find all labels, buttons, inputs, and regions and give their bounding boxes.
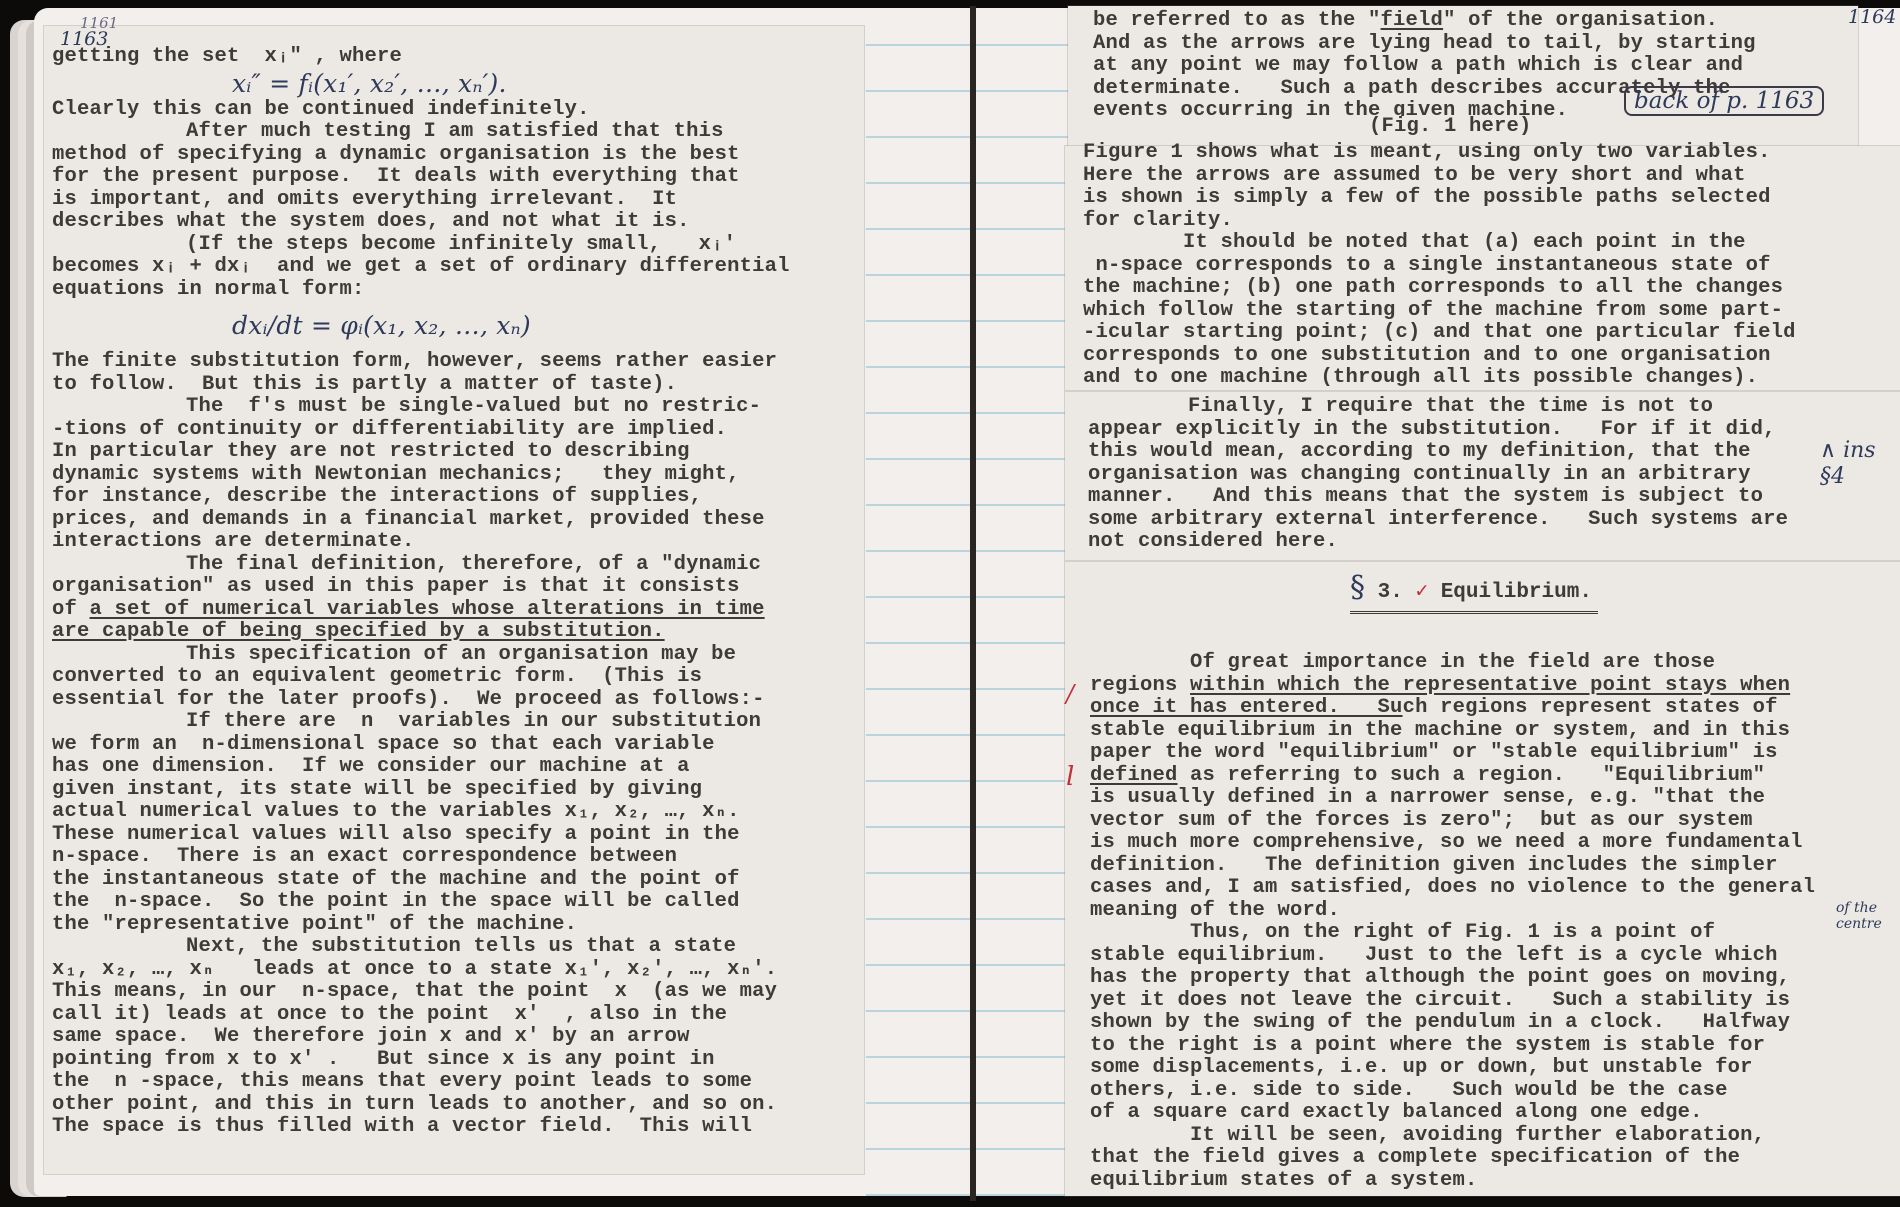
text-line: The finite substitution form, however, s… <box>52 351 790 374</box>
text-line: Figure 1 shows what is meant, using only… <box>1083 142 1796 165</box>
text-line: defined as referring to such a region. "… <box>1090 765 1815 788</box>
text-line: It should be noted that (a) each point i… <box>1083 232 1796 255</box>
text-line: (If the steps become infinitely small, x… <box>52 234 790 257</box>
text-line: is usually defined in a narrower sense, … <box>1090 787 1815 810</box>
text-line: same space. We therefore join x and x′ b… <box>52 1026 790 1049</box>
equation-line: dxᵢ/dt = φᵢ(x₁, x₂, …, xₙ) <box>52 301 790 351</box>
text-line: the n-space. So the point in the space w… <box>52 891 790 914</box>
section-title: Equilibrium. <box>1441 581 1592 604</box>
text-line: other point, and this in turn leads to a… <box>52 1094 790 1117</box>
text-line: cases and, I am satisfied, does no viole… <box>1090 877 1815 900</box>
margin-note-insert-s4: ∧ ins §4 <box>1820 438 1890 490</box>
text-line: becomes xᵢ + dxᵢ and we get a set of ord… <box>52 256 790 279</box>
text-line: others, i.e. side to side. Such would be… <box>1090 1080 1815 1103</box>
text-line: prices, and demands in a financial marke… <box>52 509 790 532</box>
ruled-margin-right <box>976 0 1068 1207</box>
text-line: These numerical values will also specify… <box>52 824 790 847</box>
text-line: Finally, I require that the time is not … <box>1088 396 1788 419</box>
text-line: that the field gives a complete specific… <box>1090 1147 1815 1170</box>
text-line: and to one machine (through all its poss… <box>1083 367 1796 390</box>
text-line: The f's must be single-valued but no res… <box>52 396 790 419</box>
text-line: Here the arrows are assumed to be very s… <box>1083 165 1796 188</box>
text-line: -icular starting point; (c) and that one… <box>1083 322 1796 345</box>
text-line: has one dimension. If we consider our ma… <box>52 756 790 779</box>
text-line: some displacements, i.e. up or down, but… <box>1090 1057 1815 1080</box>
text-line: paper the word "equilibrium" or "stable … <box>1090 742 1815 765</box>
text-line: stable equilibrium. Just to the left is … <box>1090 945 1815 968</box>
text-line: regions within which the representative … <box>1090 675 1815 698</box>
text-line: once it has entered. Such regions repres… <box>1090 697 1815 720</box>
text-line: for clarity. <box>1083 210 1796 233</box>
text-line: method of specifying a dynamic organisat… <box>52 144 790 167</box>
text-line: meaning of the word. <box>1090 900 1815 923</box>
text-line: equations in normal form: <box>52 279 790 302</box>
text-line: It will be seen, avoiding further elabor… <box>1090 1125 1815 1148</box>
text-line: This specification of an organisation ma… <box>52 644 790 667</box>
text-line: equilibrium states of a system. <box>1090 1170 1815 1193</box>
text-line: vector sum of the forces is zero"; but a… <box>1090 810 1815 833</box>
text-line: is much more comprehensive, so we need a… <box>1090 832 1815 855</box>
right-block-4: Of great importance in the field are tho… <box>1090 652 1815 1192</box>
text-line: In particular they are not restricted to… <box>52 441 790 464</box>
text-line: converted to an equivalent geometric for… <box>52 666 790 689</box>
figure-placeholder: (Fig. 1 here) <box>1365 116 1536 139</box>
text-line: Thus, on the right of Fig. 1 is a point … <box>1090 922 1815 945</box>
text-line: for instance, describe the interactions … <box>52 486 790 509</box>
text-line: n-space. There is an exact correspondenc… <box>52 846 790 869</box>
text-line: the n -space, this means that every poin… <box>52 1071 790 1094</box>
text-line: be referred to as the "field" of the org… <box>1093 10 1756 33</box>
text-line: the machine; (b) one path corresponds to… <box>1083 277 1796 300</box>
red-margin-mark: l <box>1066 762 1074 792</box>
equation-line: xᵢ″ = fᵢ(x₁′, x₂′, …, xₙ′). <box>52 69 790 99</box>
text-line: shown by the swing of the pendulum in a … <box>1090 1012 1815 1035</box>
text-line: organisation" as used in this paper is t… <box>52 576 790 599</box>
text-line: of a set of numerical variables whose al… <box>52 599 790 622</box>
text-line: The final definition, therefore, of a "d… <box>52 554 790 577</box>
text-line: appear explicitly in the substitution. F… <box>1088 419 1788 442</box>
text-line: of a square card exactly balanced along … <box>1090 1102 1815 1125</box>
text-line: not considered here. <box>1088 531 1788 554</box>
section-sign: § <box>1350 570 1365 605</box>
boxed-note: back of p. 1163 <box>1624 86 1824 116</box>
text-line: n-space corresponds to a single instanta… <box>1083 255 1796 278</box>
text-line: organisation was changing continually in… <box>1088 464 1788 487</box>
text-line: dynamic systems with Newtonian mechanics… <box>52 464 790 487</box>
text-line: the instantaneous state of the machine a… <box>52 869 790 892</box>
text-line: Next, the substitution tells us that a s… <box>52 936 790 959</box>
text-line: getting the set xᵢ″ , where <box>52 46 790 69</box>
text-line: which follow the starting of the machine… <box>1083 300 1796 323</box>
text-line: essential for the later proofs). We proc… <box>52 689 790 712</box>
text-line: If there are n variables in our substitu… <box>52 711 790 734</box>
notebook-spine <box>970 6 976 1201</box>
page-number-right: 1164 <box>1848 6 1896 28</box>
text-line: are capable of being specified by a subs… <box>52 621 790 644</box>
text-line: to the right is a point where the system… <box>1090 1035 1815 1058</box>
text-line: is important, and omits everything irrel… <box>52 189 790 212</box>
notebook-spread: 1161 1163 getting the set xᵢ″ , wherexᵢ″… <box>0 0 1900 1207</box>
text-line: describes what the system does, and not … <box>52 211 790 234</box>
text-line: given instant, its state will be specifi… <box>52 779 790 802</box>
text-line: stable equilibrium in the machine or sys… <box>1090 720 1815 743</box>
text-line: Of great importance in the field are tho… <box>1090 652 1815 675</box>
text-line: -tions of continuity or differentiabilit… <box>52 419 790 442</box>
text-line: After much testing I am satisfied that t… <box>52 121 790 144</box>
text-line: definition. The definition given include… <box>1090 855 1815 878</box>
text-line: x₁, x₂, …, xₙ leads at once to a state x… <box>52 959 790 982</box>
text-line: is shown is simply a few of the possible… <box>1083 187 1796 210</box>
text-line: corresponds to one substitution and to o… <box>1083 345 1796 368</box>
check-mark-icon: ✓ <box>1415 581 1428 604</box>
text-line: the "representative point" of the machin… <box>52 914 790 937</box>
left-page-body: getting the set xᵢ″ , wherexᵢ″ = fᵢ(x₁′,… <box>52 46 790 1139</box>
text-line: at any point we may follow a path which … <box>1093 55 1756 78</box>
red-margin-mark: / <box>1066 680 1074 708</box>
section-heading: § 3. ✓ Equilibrium. <box>1350 570 1598 614</box>
text-line: This means, in our n-space, that the poi… <box>52 981 790 1004</box>
margin-note-of-the-centre: of the centre <box>1836 900 1896 932</box>
text-line: this would mean, according to my definit… <box>1088 441 1788 464</box>
text-line: call it) leads at once to the point x′ ,… <box>52 1004 790 1027</box>
text-line: The space is thus filled with a vector f… <box>52 1116 790 1139</box>
right-block-2: Figure 1 shows what is meant, using only… <box>1083 142 1796 390</box>
text-line: for the present purpose. It deals with e… <box>52 166 790 189</box>
text-line: interactions are determinate. <box>52 531 790 554</box>
ruled-margin-left <box>866 0 972 1207</box>
text-line: Clearly this can be continued indefinite… <box>52 99 790 122</box>
text-line: some arbitrary external interference. Su… <box>1088 509 1788 532</box>
text-line: actual numerical values to the variables… <box>52 801 790 824</box>
text-line: manner. And this means that the system i… <box>1088 486 1788 509</box>
text-line: we form an n-dimensional space so that e… <box>52 734 790 757</box>
right-block-3: Finally, I require that the time is not … <box>1088 396 1788 554</box>
text-line: And as the arrows are lying head to tail… <box>1093 33 1756 56</box>
text-line: yet it does not leave the circuit. Such … <box>1090 990 1815 1013</box>
text-line: pointing from x to x′ . But since x is a… <box>52 1049 790 1072</box>
section-number: 3. <box>1378 581 1403 604</box>
text-line: to follow. But this is partly a matter o… <box>52 374 790 397</box>
text-line: has the property that although the point… <box>1090 967 1815 990</box>
